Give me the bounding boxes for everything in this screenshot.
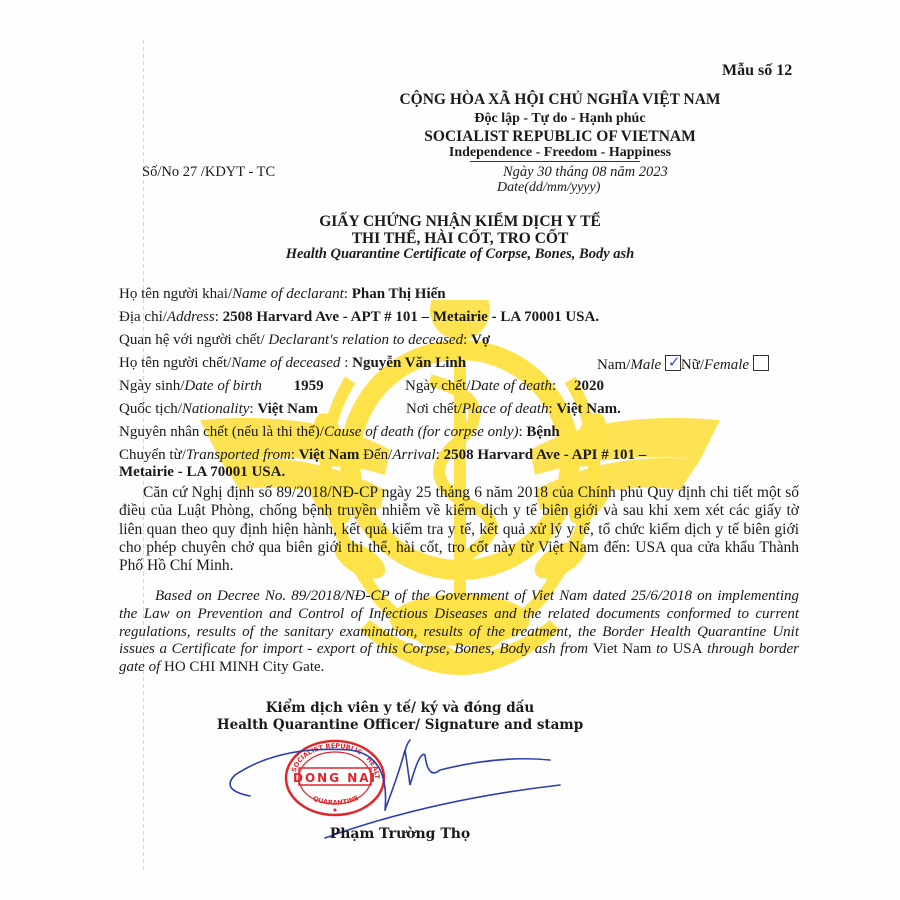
- officer-title-vi: Kiểm dịch viên y tế/ ký và đóng dấu: [160, 700, 640, 716]
- date-format-label: Date(dd/mm/yyyy): [497, 180, 600, 196]
- male-checkbox[interactable]: ✓: [665, 355, 681, 371]
- certificate-page: Mẫu số 12 CỘNG HÒA XÃ HỘI CHỦ NGHĨA VIỆT…: [0, 0, 900, 900]
- motto-vi: Độc lập - Tự do - Hạnh phúc: [300, 111, 820, 127]
- issue-date: Ngày 30 tháng 08 năm 2023: [503, 164, 668, 181]
- field-nationality: Quốc tịch/Nationality: Việt Nam: [119, 401, 318, 418]
- officer-signature: [200, 730, 580, 840]
- field-cause-of-death: Nguyên nhân chết (nếu là thi thể)/Cause …: [119, 424, 560, 441]
- deceased-name: Nguyễn Văn Linh: [352, 355, 466, 371]
- place-of-death-value: Việt Nam.: [556, 401, 620, 417]
- certificate-title-vi-1: GIẤY CHỨNG NHẬN KIỂM DỊCH Y TẾ: [200, 213, 720, 231]
- field-deceased: Họ tên người chết/Name of deceased : Ngu…: [119, 355, 466, 372]
- field-date-of-death: Ngày chết/Date of death: 2020: [405, 378, 604, 395]
- officer-name: Phạm Trường Thọ: [160, 826, 640, 842]
- check-mark-icon: ✓: [668, 353, 681, 371]
- nationality-value: Việt Nam: [257, 401, 318, 417]
- address-value: 2508 Harvard Ave - APT # 101 – Metairie …: [223, 309, 600, 325]
- country-name-vi: CỘNG HÒA XÃ HỘI CHỦ NGHĨA VIỆT NAM: [300, 91, 820, 109]
- field-date-of-birth: Ngày sinh/Date of birth 1959: [119, 378, 324, 395]
- field-place-of-death: Nơi chết/Place of death: Việt Nam.: [406, 401, 621, 418]
- relation-value: Vợ: [471, 332, 490, 348]
- field-transport-cont: Metairie - LA 70001 USA.: [119, 464, 285, 481]
- birth-year: 1959: [294, 378, 324, 394]
- header-underline: [470, 161, 640, 162]
- gender-selector: Nam/Male ✓Nữ/Female: [597, 355, 769, 374]
- death-year: 2020: [574, 378, 604, 394]
- field-address: Địa chỉ/Address: 2508 Harvard Ave - APT …: [119, 309, 599, 326]
- certificate-title-en: Health Quarantine Certificate of Corpse,…: [200, 246, 720, 263]
- field-relation: Quan hệ với người chết/ Declarant's rela…: [119, 332, 490, 349]
- arrival-value-line1: 2508 Harvard Ave - API # 101 –: [444, 447, 647, 463]
- transport-from-value: Việt Nam: [299, 447, 360, 463]
- declarant-name: Phan Thị Hiến: [352, 286, 446, 302]
- form-number: Mẫu số 12: [722, 62, 792, 80]
- field-transport: Chuyển từ/Transported from: Việt Nam Đến…: [119, 447, 646, 464]
- arrival-value-line2: Metairie - LA 70001 USA.: [119, 464, 285, 480]
- country-name-en: SOCIALIST REPUBLIC OF VIETNAM: [300, 128, 820, 146]
- motto-en: Independence - Freedom - Happiness: [300, 145, 820, 161]
- legal-basis-vi: Căn cứ Nghị định số 89/2018/NĐ-CP ngày 2…: [119, 484, 799, 575]
- document-number: Số/No 27 /KDYT - TC: [142, 164, 275, 181]
- legal-basis-en: Based on Decree No. 89/2018/NĐ-CP of the…: [119, 588, 799, 677]
- field-declarant: Họ tên người khai/Name of declarant: Pha…: [119, 286, 446, 303]
- cause-value: Bệnh: [526, 424, 559, 440]
- female-checkbox[interactable]: [753, 355, 769, 371]
